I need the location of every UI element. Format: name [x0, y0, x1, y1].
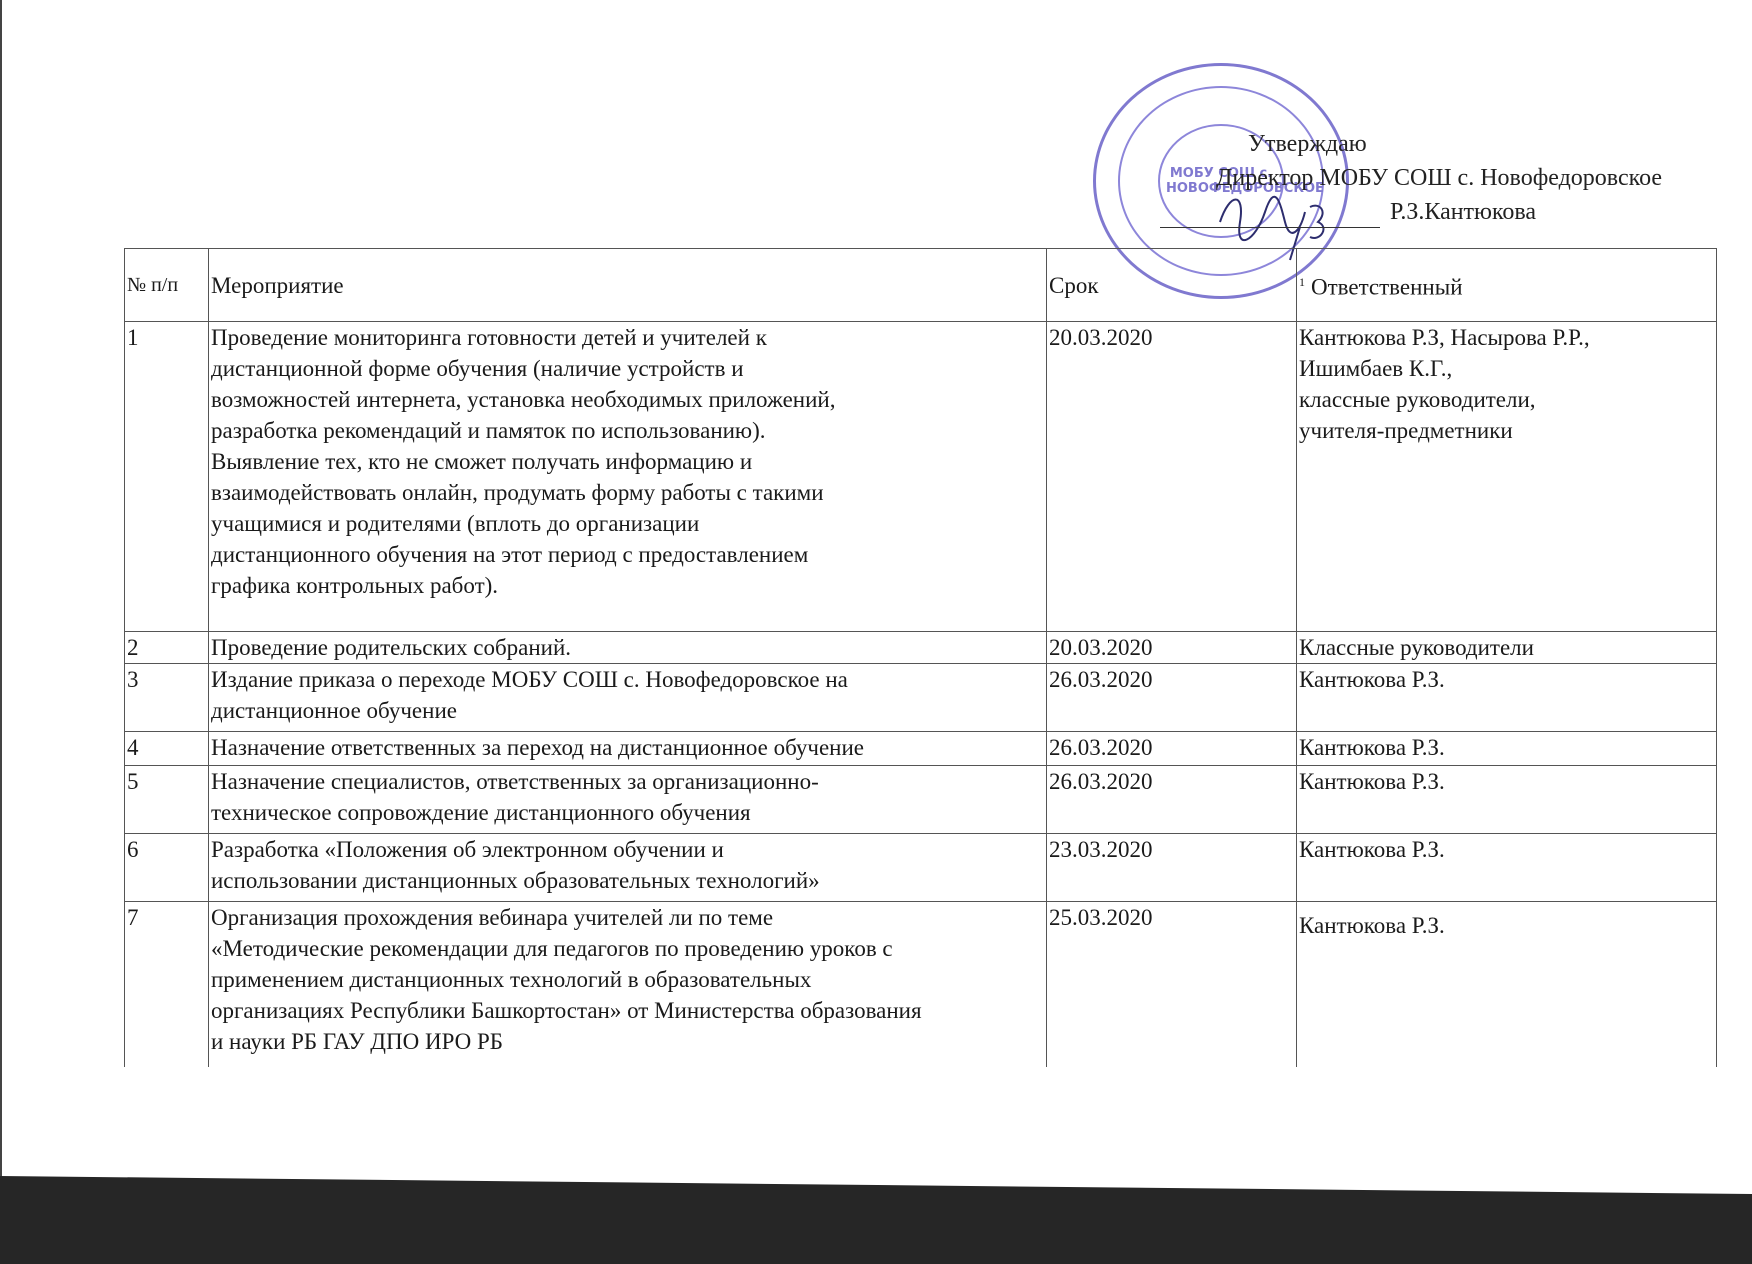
row-number: 7 — [125, 902, 209, 1067]
row-deadline: 23.03.2020 — [1047, 834, 1297, 902]
row-activity: Проведение родительских собраний. — [209, 632, 1047, 664]
row-deadline: 26.03.2020 — [1047, 732, 1297, 766]
approval-signature-line: Р.З.Кантюкова — [1160, 196, 1536, 228]
table-row: 6 Разработка «Положения об электронном о… — [125, 834, 1717, 902]
approver-name: Р.З.Кантюкова — [1390, 199, 1536, 225]
table-row: 4 Назначение ответственных за переход на… — [125, 732, 1717, 766]
signature-underline — [1160, 205, 1380, 228]
header-footnote-mark: 1 — [1299, 275, 1305, 289]
row-responsible: Кантюкова Р.З. — [1297, 766, 1717, 834]
header-activity: Мероприятие — [209, 249, 1047, 322]
row-number: 2 — [125, 632, 209, 664]
row-deadline: 25.03.2020 — [1047, 902, 1297, 1067]
table-header-row: № п/п Мероприятие Срок 1Ответственный — [125, 249, 1717, 322]
row-number: 1 — [125, 322, 209, 632]
row-activity: Проведение мониторинга готовности детей … — [209, 322, 1047, 632]
row-responsible: Кантюкова Р.З. — [1297, 664, 1717, 732]
row-deadline: 20.03.2020 — [1047, 322, 1297, 632]
scanned-document-page: МОБУ СОШ с. НОВОФЕДОРОВСКОЕ Утверждаю Ди… — [0, 0, 1752, 1264]
approval-heading: Утверждаю — [1248, 128, 1367, 160]
row-number: 3 — [125, 664, 209, 732]
row-activity: Назначение специалистов, ответственных з… — [209, 766, 1047, 834]
table-row: 5 Назначение специалистов, ответственных… — [125, 766, 1717, 834]
row-deadline: 26.03.2020 — [1047, 664, 1297, 732]
row-responsible: Кантюкова Р.З, Насырова Р.Р., Ишимбаев К… — [1297, 322, 1717, 632]
header-number: № п/п — [125, 249, 209, 322]
row-number: 4 — [125, 732, 209, 766]
table-row: 2 Проведение родительских собраний. 20.0… — [125, 632, 1717, 664]
table-row: 3 Издание приказа о переходе МОБУ СОШ с.… — [125, 664, 1717, 732]
approval-position: Директор МОБУ СОШ с. Новофедоровское — [1216, 162, 1662, 194]
header-responsible-label: Ответственный — [1311, 275, 1463, 300]
row-activity: Назначение ответственных за переход на д… — [209, 732, 1047, 766]
row-responsible: Классные руководители — [1297, 632, 1717, 664]
row-activity: Разработка «Положения об электронном обу… — [209, 834, 1047, 902]
header-deadline: Срок — [1047, 249, 1297, 322]
header-responsible: 1Ответственный — [1297, 249, 1717, 322]
row-deadline: 26.03.2020 — [1047, 766, 1297, 834]
row-number: 6 — [125, 834, 209, 902]
table-row: 7 Организация прохождения вебинара учите… — [125, 902, 1717, 1067]
table-row: 1 Проведение мониторинга готовности дете… — [125, 322, 1717, 632]
row-activity: Организация прохождения вебинара учителе… — [209, 902, 1047, 1067]
row-deadline: 20.03.2020 — [1047, 632, 1297, 664]
row-activity: Издание приказа о переходе МОБУ СОШ с. Н… — [209, 664, 1047, 732]
row-responsible: Кантюкова Р.З. — [1297, 834, 1717, 902]
row-responsible: Кантюкова Р.З. — [1297, 732, 1717, 766]
row-number: 5 — [125, 766, 209, 834]
row-responsible: Кантюкова Р.З. — [1297, 902, 1717, 1067]
scanner-background-edge — [0, 1164, 1752, 1264]
activity-plan-table: № п/п Мероприятие Срок 1Ответственный 1 … — [124, 248, 1717, 1067]
scan-left-edge — [0, 0, 2, 1264]
